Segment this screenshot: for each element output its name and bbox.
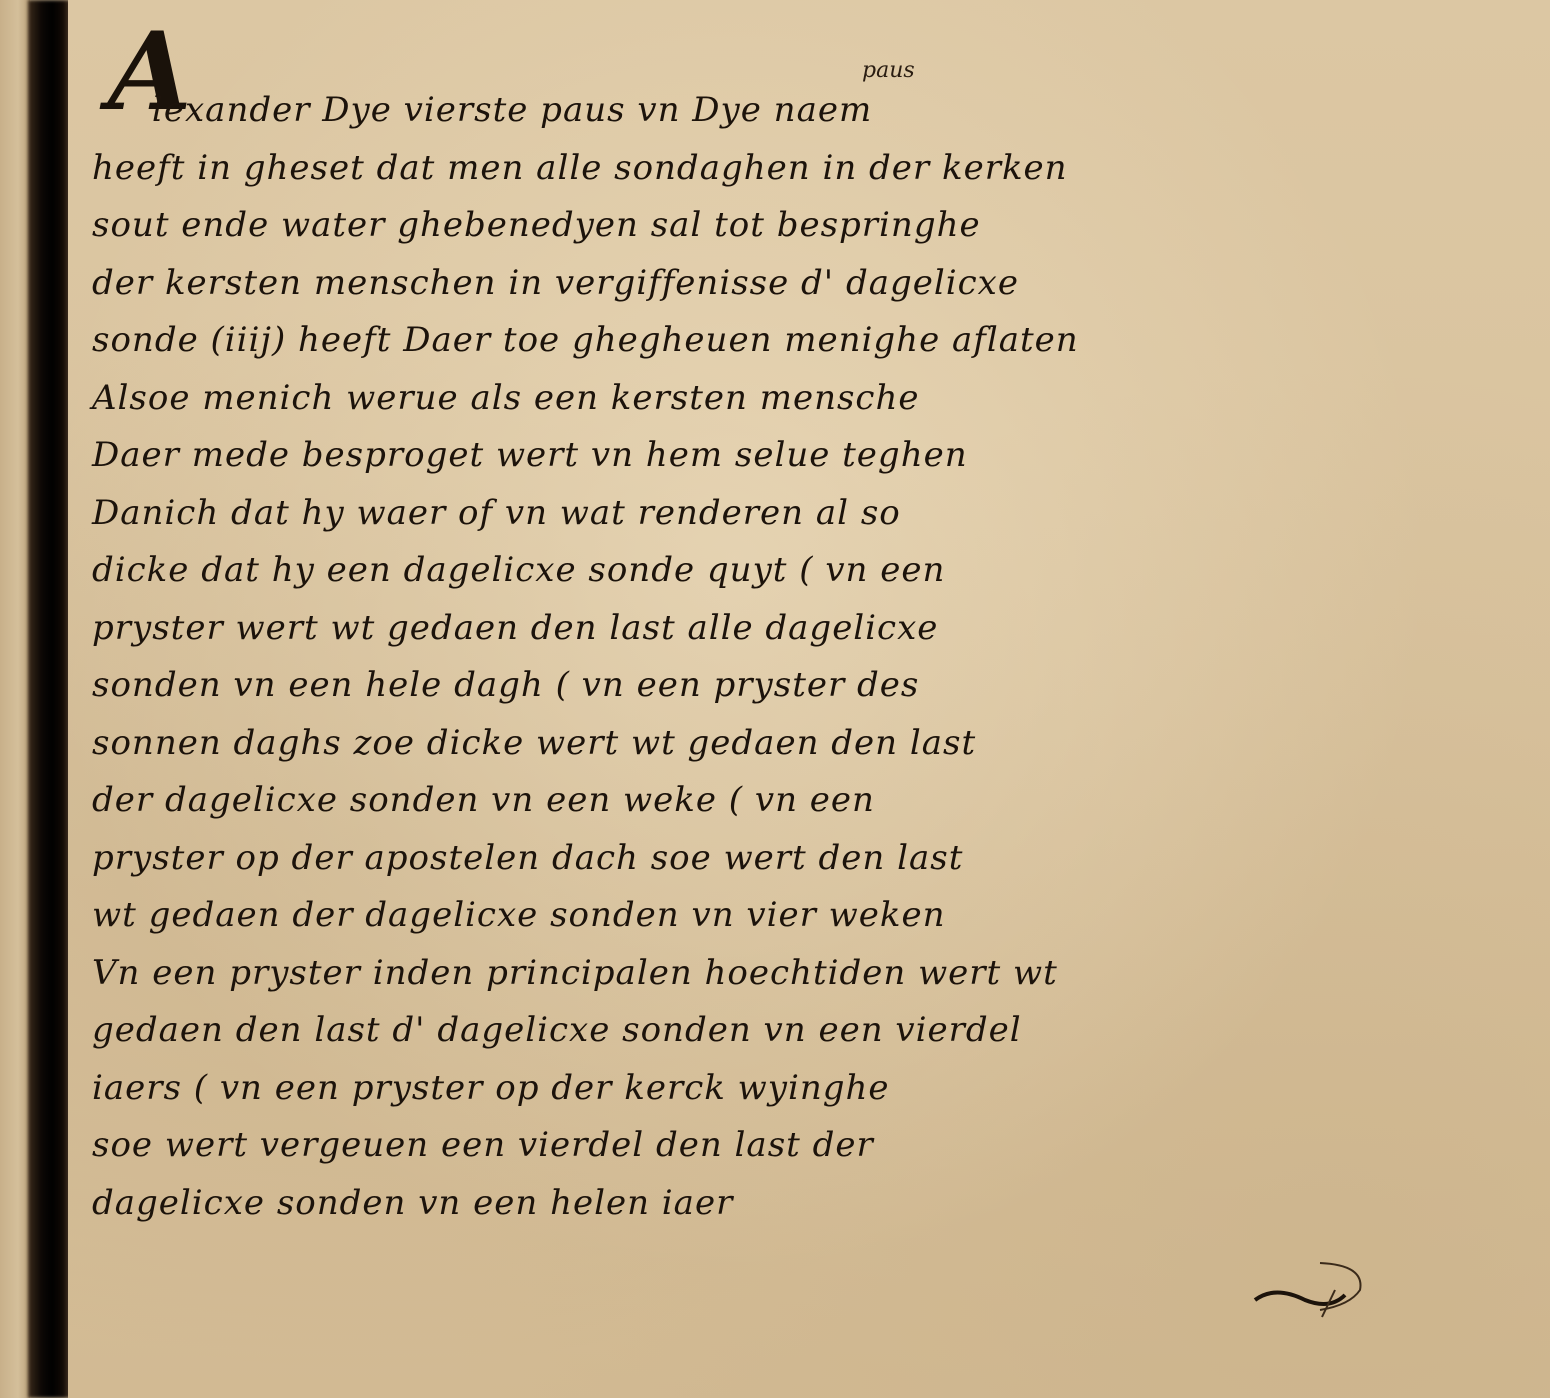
text-line: pryster wert wt gedaen den last alle dag… [92,600,1492,658]
text-block: lexander Dye vierste paus vn Dye naem he… [92,82,1492,1232]
text-line: Alsoe menich werue als een kersten mensc… [92,370,1492,428]
text-line: sonde (iiij) heeft Daer toe ghegheuen me… [92,312,1492,370]
text-line: soe wert vergeuen een vierdel den last d… [92,1117,1492,1175]
text-line: pryster op der apostelen dach soe wert d… [92,830,1492,888]
text-line: Vn een pryster inden principalen hoechti… [92,945,1492,1003]
text-line: sonnen daghs zoe dicke wert wt gedaen de… [92,715,1492,773]
text-line: lexander Dye vierste paus vn Dye naem [92,82,1492,140]
text-line: sout ende water ghebenedyen sal tot besp… [92,197,1492,255]
text-line: Danich dat hy waer of vn wat renderen al… [92,485,1492,543]
text-line: der dagelicxe sonden vn een weke ( vn ee… [92,772,1492,830]
text-line: dicke dat hy een dagelicxe sonde quyt ( … [92,542,1492,600]
book-gutter [28,0,72,1398]
text-line: wt gedaen der dagelicxe sonden vn vier w… [92,887,1492,945]
text-line: dagelicxe sonden vn een helen iaer [92,1175,1492,1233]
text-line: iaers ( vn een pryster op der kerck wyin… [92,1060,1492,1118]
text-line: heeft in gheset dat men alle sondaghen i… [92,140,1492,198]
facing-page-edge [0,0,30,1398]
text-line: Daer mede besproget wert vn hem selue te… [92,427,1492,485]
text-line: gedaen den last d' dagelicxe sonden vn e… [92,1002,1492,1060]
closing-flourish-icon [1250,1255,1380,1325]
interlinear-gloss: paus [862,58,915,83]
text-line: der kersten menschen in vergiffenisse d'… [92,255,1492,313]
text-line: sonden vn een hele dagh ( vn een pryster… [92,657,1492,715]
